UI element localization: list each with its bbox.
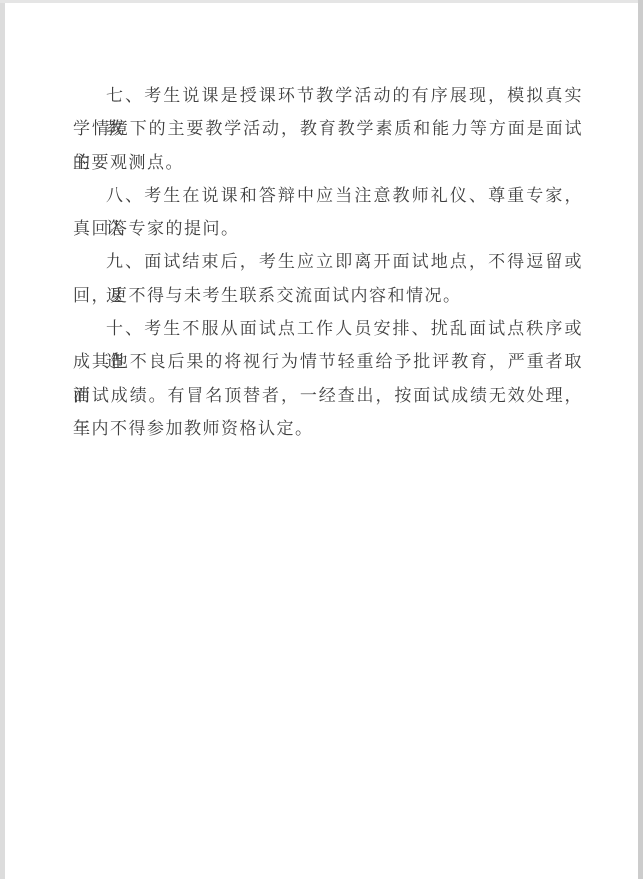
scan-edge-top [0, 0, 643, 3]
paragraph-10-line: 成其他不良后果的将视行为情节轻重给予批评教育，严重者取消 [73, 346, 583, 379]
scan-edge-right [638, 0, 643, 879]
document-page: 七、考生说课是授课环节教学活动的有序展现，模拟真实教 学情境下的主要教学活动，教… [5, 3, 638, 879]
scan-edge-left [0, 0, 5, 879]
paragraph-7-line: 七、考生说课是授课环节教学活动的有序展现，模拟真实教 [73, 80, 583, 113]
paragraph-10-line: 年内不得参加教师资格认定。 [73, 413, 583, 446]
paragraph-10-line: 十、考生不服从面试点工作人员安排、扰乱面试点秩序或造 [73, 313, 583, 346]
paragraph-7-line: 主要观测点。 [73, 147, 583, 180]
paragraph-7: 七、考生说课是授课环节教学活动的有序展现，模拟真实教 学情境下的主要教学活动，教… [73, 80, 583, 180]
document-viewport: 七、考生说课是授课环节教学活动的有序展现，模拟真实教 学情境下的主要教学活动，教… [0, 0, 643, 879]
paragraph-9-line: 回，更不得与未考生联系交流面试内容和情况。 [73, 280, 583, 313]
paragraph-8-line: 八、考生在说课和答辩中应当注意教师礼仪、尊重专家，认 [73, 180, 583, 213]
paragraph-9-line: 九、面试结束后，考生应立即离开面试地点，不得逗留或返 [73, 246, 583, 279]
paragraph-8: 八、考生在说课和答辩中应当注意教师礼仪、尊重专家，认 真回答专家的提问。 [73, 180, 583, 247]
paragraph-10: 十、考生不服从面试点工作人员安排、扰乱面试点秩序或造 成其他不良后果的将视行为情… [73, 313, 583, 446]
paragraph-9: 九、面试结束后，考生应立即离开面试地点，不得逗留或返 回，更不得与未考生联系交流… [73, 246, 583, 313]
paragraph-10-line: 面试成绩。有冒名顶替者，一经查出，按面试成绩无效处理，三 [73, 380, 583, 413]
document-body-text: 七、考生说课是授课环节教学活动的有序展现，模拟真实教 学情境下的主要教学活动，教… [73, 80, 583, 446]
paragraph-8-line: 真回答专家的提问。 [73, 213, 583, 246]
paragraph-7-line: 学情境下的主要教学活动，教育教学素质和能力等方面是面试的 [73, 113, 583, 146]
